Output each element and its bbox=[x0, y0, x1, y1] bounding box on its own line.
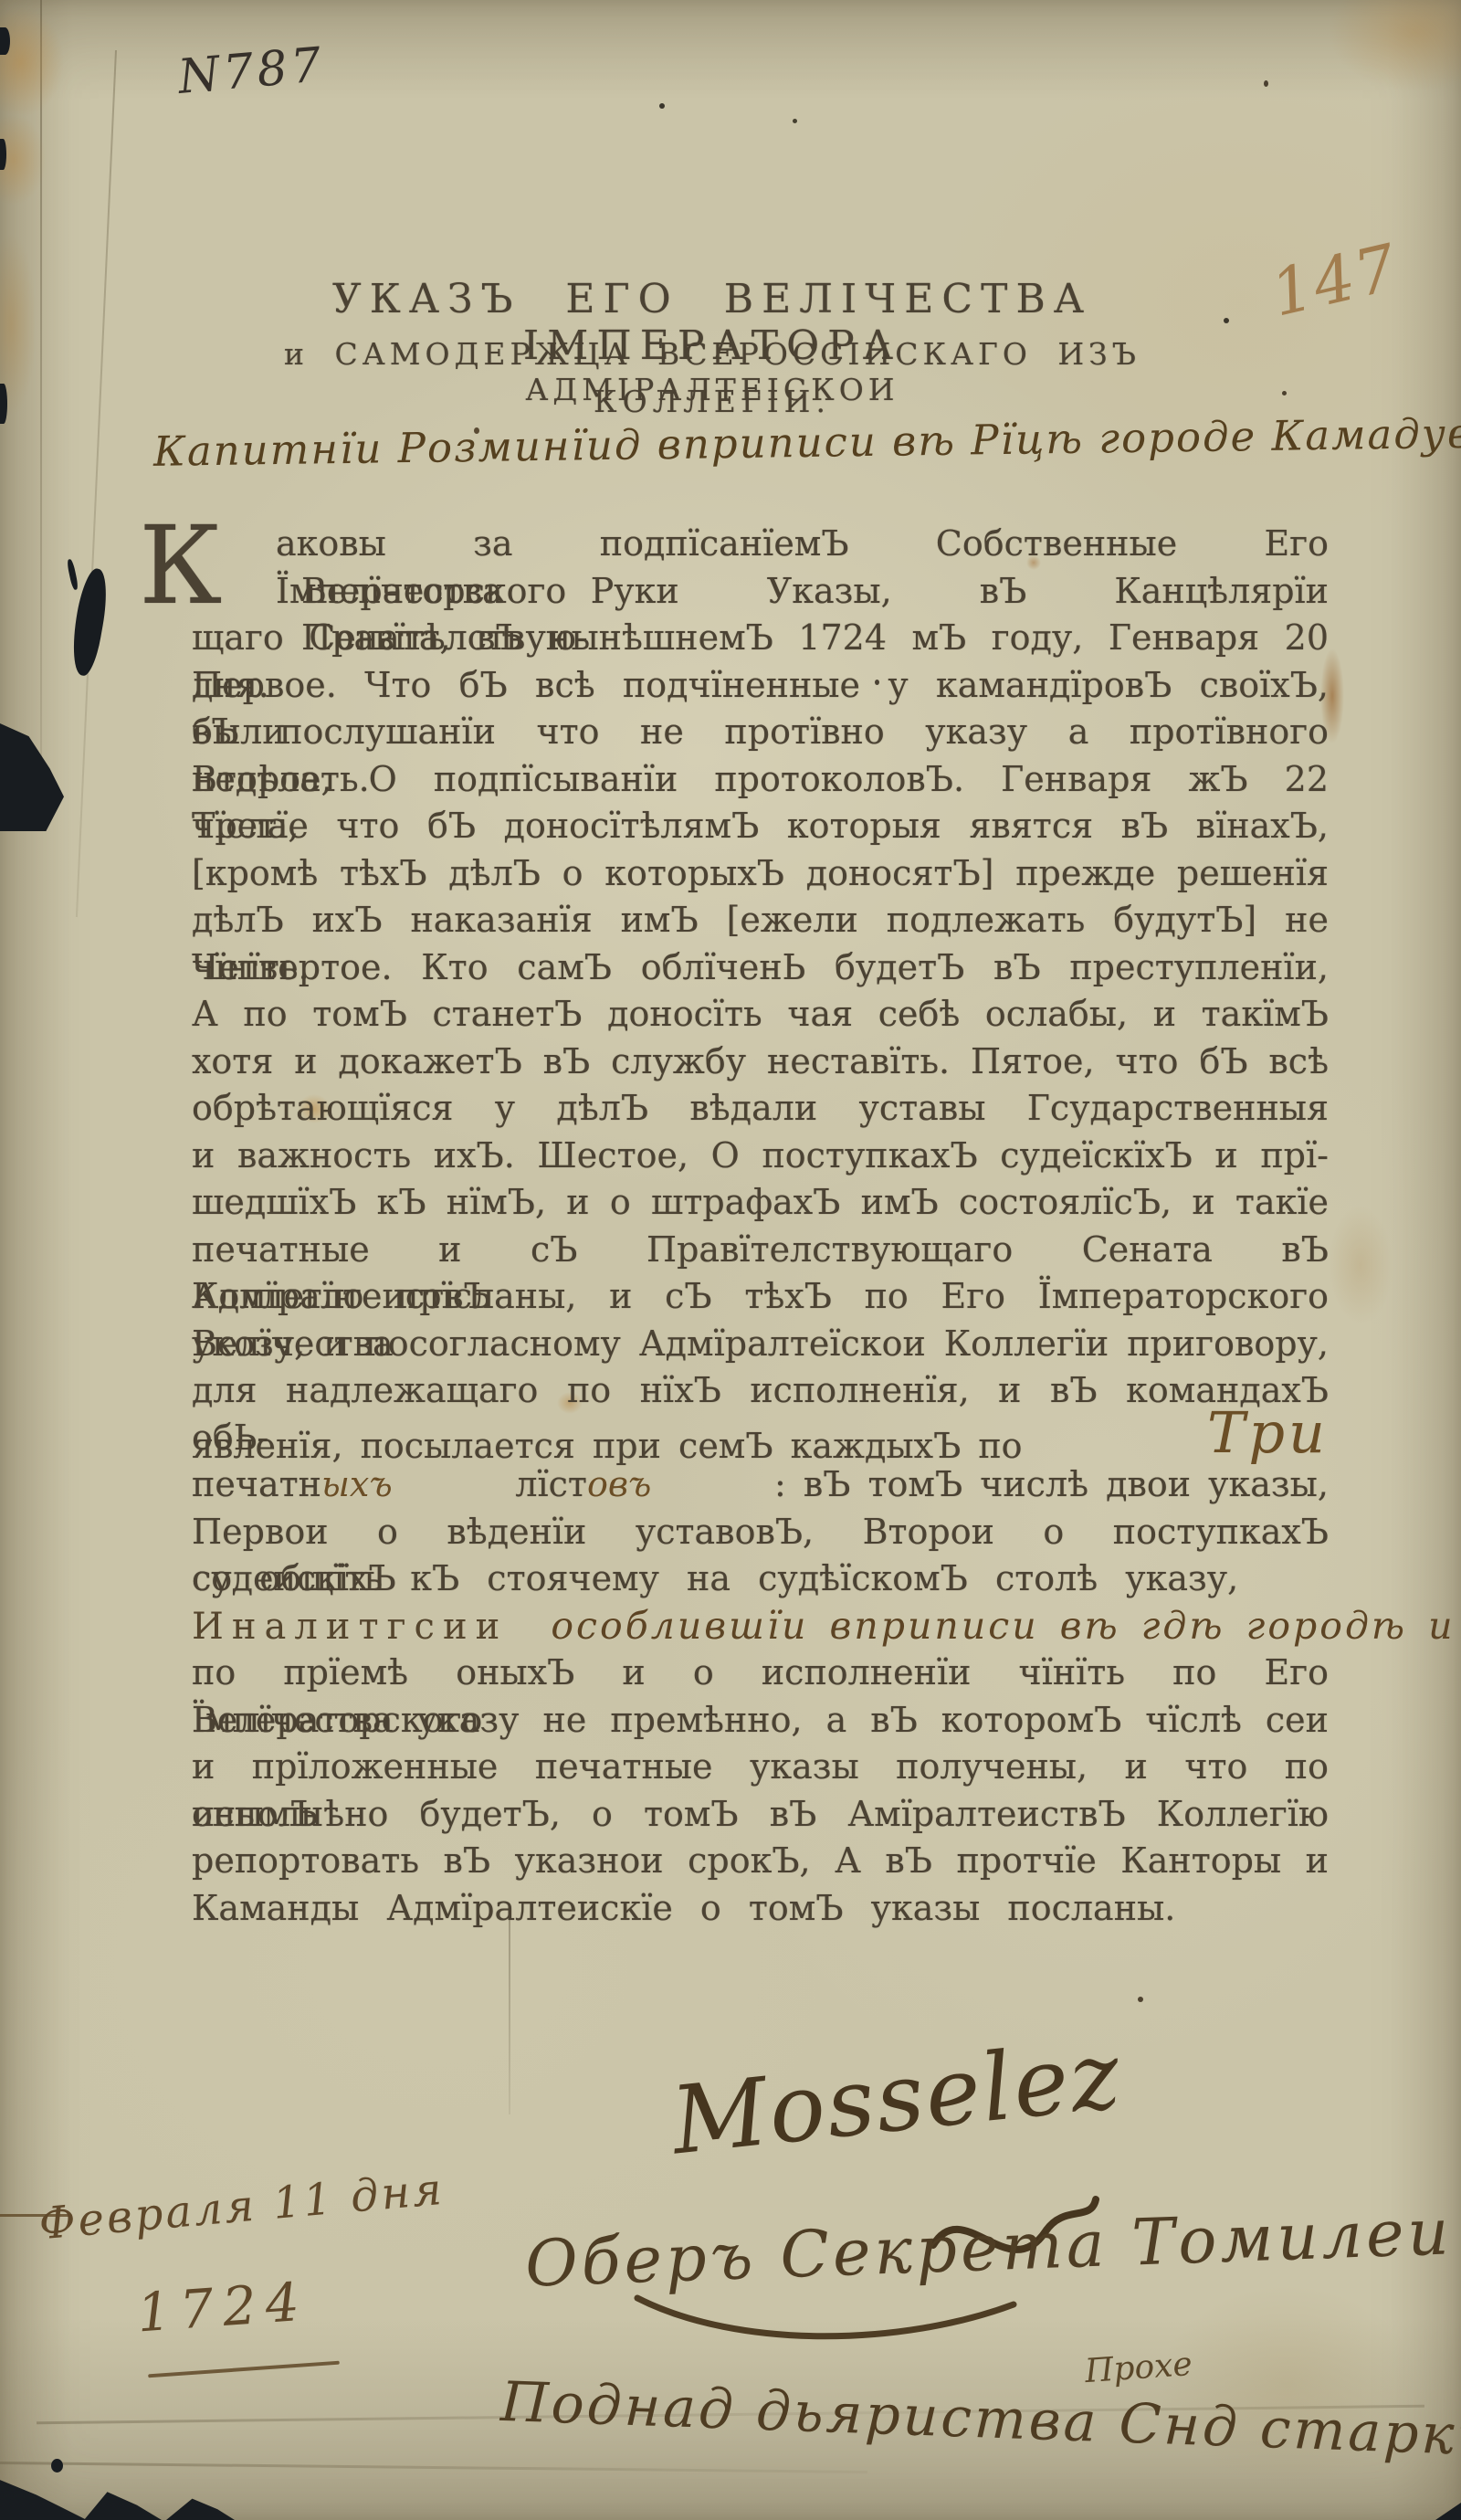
handwritten-ending: ыхъ bbox=[321, 1464, 393, 1504]
body-line: для надлежащаго по нїхЪ исполненїя, и вЪ… bbox=[192, 1367, 1329, 1415]
signature-secretary-flourish bbox=[630, 2282, 1023, 2346]
sheets-word-2: лїстовъ bbox=[515, 1461, 651, 1509]
body-line-with-insert: явленїя, посылается при семЪ каждыхЪ по … bbox=[192, 1415, 1329, 1462]
handwritten-caps-segment: Иналитгсии bbox=[192, 1606, 508, 1648]
body-line: [кромѣ тѣхЪ дѣлЪ о которыхЪ доносятЪ] пр… bbox=[192, 850, 1329, 898]
body-line: хотя и докажетЪ вЪ службу неставїть. Пят… bbox=[192, 1039, 1329, 1086]
ink-speck bbox=[1264, 80, 1268, 87]
handwritten-ending: овъ bbox=[587, 1464, 651, 1504]
body-line: исполнѣно будетЪ, о томЪ вЪ Амїралтеиств… bbox=[192, 1791, 1329, 1839]
handwritten-three: Три bbox=[1207, 1409, 1329, 1457]
sheets-word-1: печатныхъ bbox=[192, 1461, 393, 1509]
stain-right-mid bbox=[1329, 1206, 1393, 1324]
body-line: Коллегїю прїсланы, и сЪ тѣхЪ по Его Їмпе… bbox=[192, 1273, 1329, 1321]
body-line: репортовать вЪ указнои срокЪ, А вЪ протч… bbox=[192, 1838, 1329, 1885]
crease-left-vertical bbox=[40, 0, 42, 822]
date-year: 1724 bbox=[135, 2271, 310, 2345]
body-line: Четвертое. Кто самЪ облїченЬ будетЪ вЪ п… bbox=[192, 944, 1329, 992]
body-line: аковы за подпїсанїемЪ Собственные Его Їм… bbox=[276, 521, 1329, 568]
body-line: и прїложенные печатные указы получены, и… bbox=[192, 1744, 1329, 1791]
document-scan: N787 147 УКАЗЪ ЕГО ВЕЛІЧЕСТВА ІМПЕРАТОРА… bbox=[0, 0, 1461, 2520]
handwritten-address-mid: Иналитгсии особлившїи вприписи вѣ гдѣ го… bbox=[192, 1603, 1329, 1650]
body-line: вЪ послушанїи что не протївно указу а пр… bbox=[192, 709, 1329, 756]
body-line-print-segment: : вЪ томЪ числѣ двои указы, bbox=[774, 1461, 1329, 1509]
body-line: Третїе что бЪ доносїтѣлямЪ которыя явятс… bbox=[192, 803, 1329, 850]
body-line: Второе, О подпїсыванїи протоколовЪ. Генв… bbox=[192, 756, 1329, 804]
print-stem: печатн bbox=[192, 1464, 321, 1504]
decree-body: аковы за подпїсанїемЪ Собственные Его Їм… bbox=[192, 521, 1329, 1932]
tear-edge-speck-2 bbox=[0, 139, 6, 170]
body-line: по прїемѣ оныхЪ и о исполненїи чїнїть по… bbox=[192, 1650, 1329, 1697]
crease-center-lower bbox=[509, 1909, 510, 2114]
body-line: щаго Сената, вЪ нынѣшнемЪ 1724 мЪ году, … bbox=[192, 615, 1329, 662]
ink-speck bbox=[659, 103, 665, 109]
body-line: и важность ихЪ. Шестое, О поступкахЪ суд… bbox=[192, 1133, 1329, 1180]
body-line: Каманды Адмїралтеискїе о томЪ указы посл… bbox=[192, 1885, 1329, 1933]
body-line: обрѣтающїяся у дѣлЪ вѣдали уставы Гсудар… bbox=[192, 1085, 1329, 1133]
body-line: печатные и сЪ Правїтелствующаго Сената в… bbox=[192, 1227, 1329, 1274]
tear-bottom-speck bbox=[51, 2459, 63, 2473]
tear-edge-speck-1 bbox=[0, 27, 10, 55]
body-line: Велїчества Руки Указы, вЪ Канцѣлярїи Пра… bbox=[301, 568, 1329, 616]
body-line: А по томЪ станетЪ доносїть чая себѣ осла… bbox=[192, 991, 1329, 1039]
body-line: дѣлЪ ихЪ наказанїя имЪ [ежели подлежать … bbox=[192, 897, 1329, 944]
handwritten-cursive-segment: особлившїи вприписи вѣ гдѣ городѣ и сама… bbox=[551, 1604, 1461, 1648]
signature-note: Прохе bbox=[1084, 2346, 1193, 2390]
body-line: Первои о вѣденїи уставовЪ, Второи о пост… bbox=[192, 1509, 1329, 1556]
tear-edge-speck-3 bbox=[0, 384, 7, 424]
body-line: укозу, и посогласному Адмїралтеїскои Кол… bbox=[192, 1321, 1329, 1368]
ink-speck bbox=[1138, 1997, 1143, 2002]
ink-speck bbox=[793, 119, 797, 123]
body-line: Велїчества указу не премѣнно, а вЪ котор… bbox=[192, 1697, 1329, 1745]
body-line: шедшїхЪ кЪ нїмЪ, и о штрафахЪ имЪ состоя… bbox=[192, 1179, 1329, 1227]
body-line: со общїть кЪ стоячему на судѣїскомЪ стол… bbox=[192, 1555, 1329, 1603]
print-stem: лїст bbox=[515, 1464, 587, 1504]
body-line: Первое. Что бЪ всѣ подчїненные у камандї… bbox=[192, 662, 1329, 710]
